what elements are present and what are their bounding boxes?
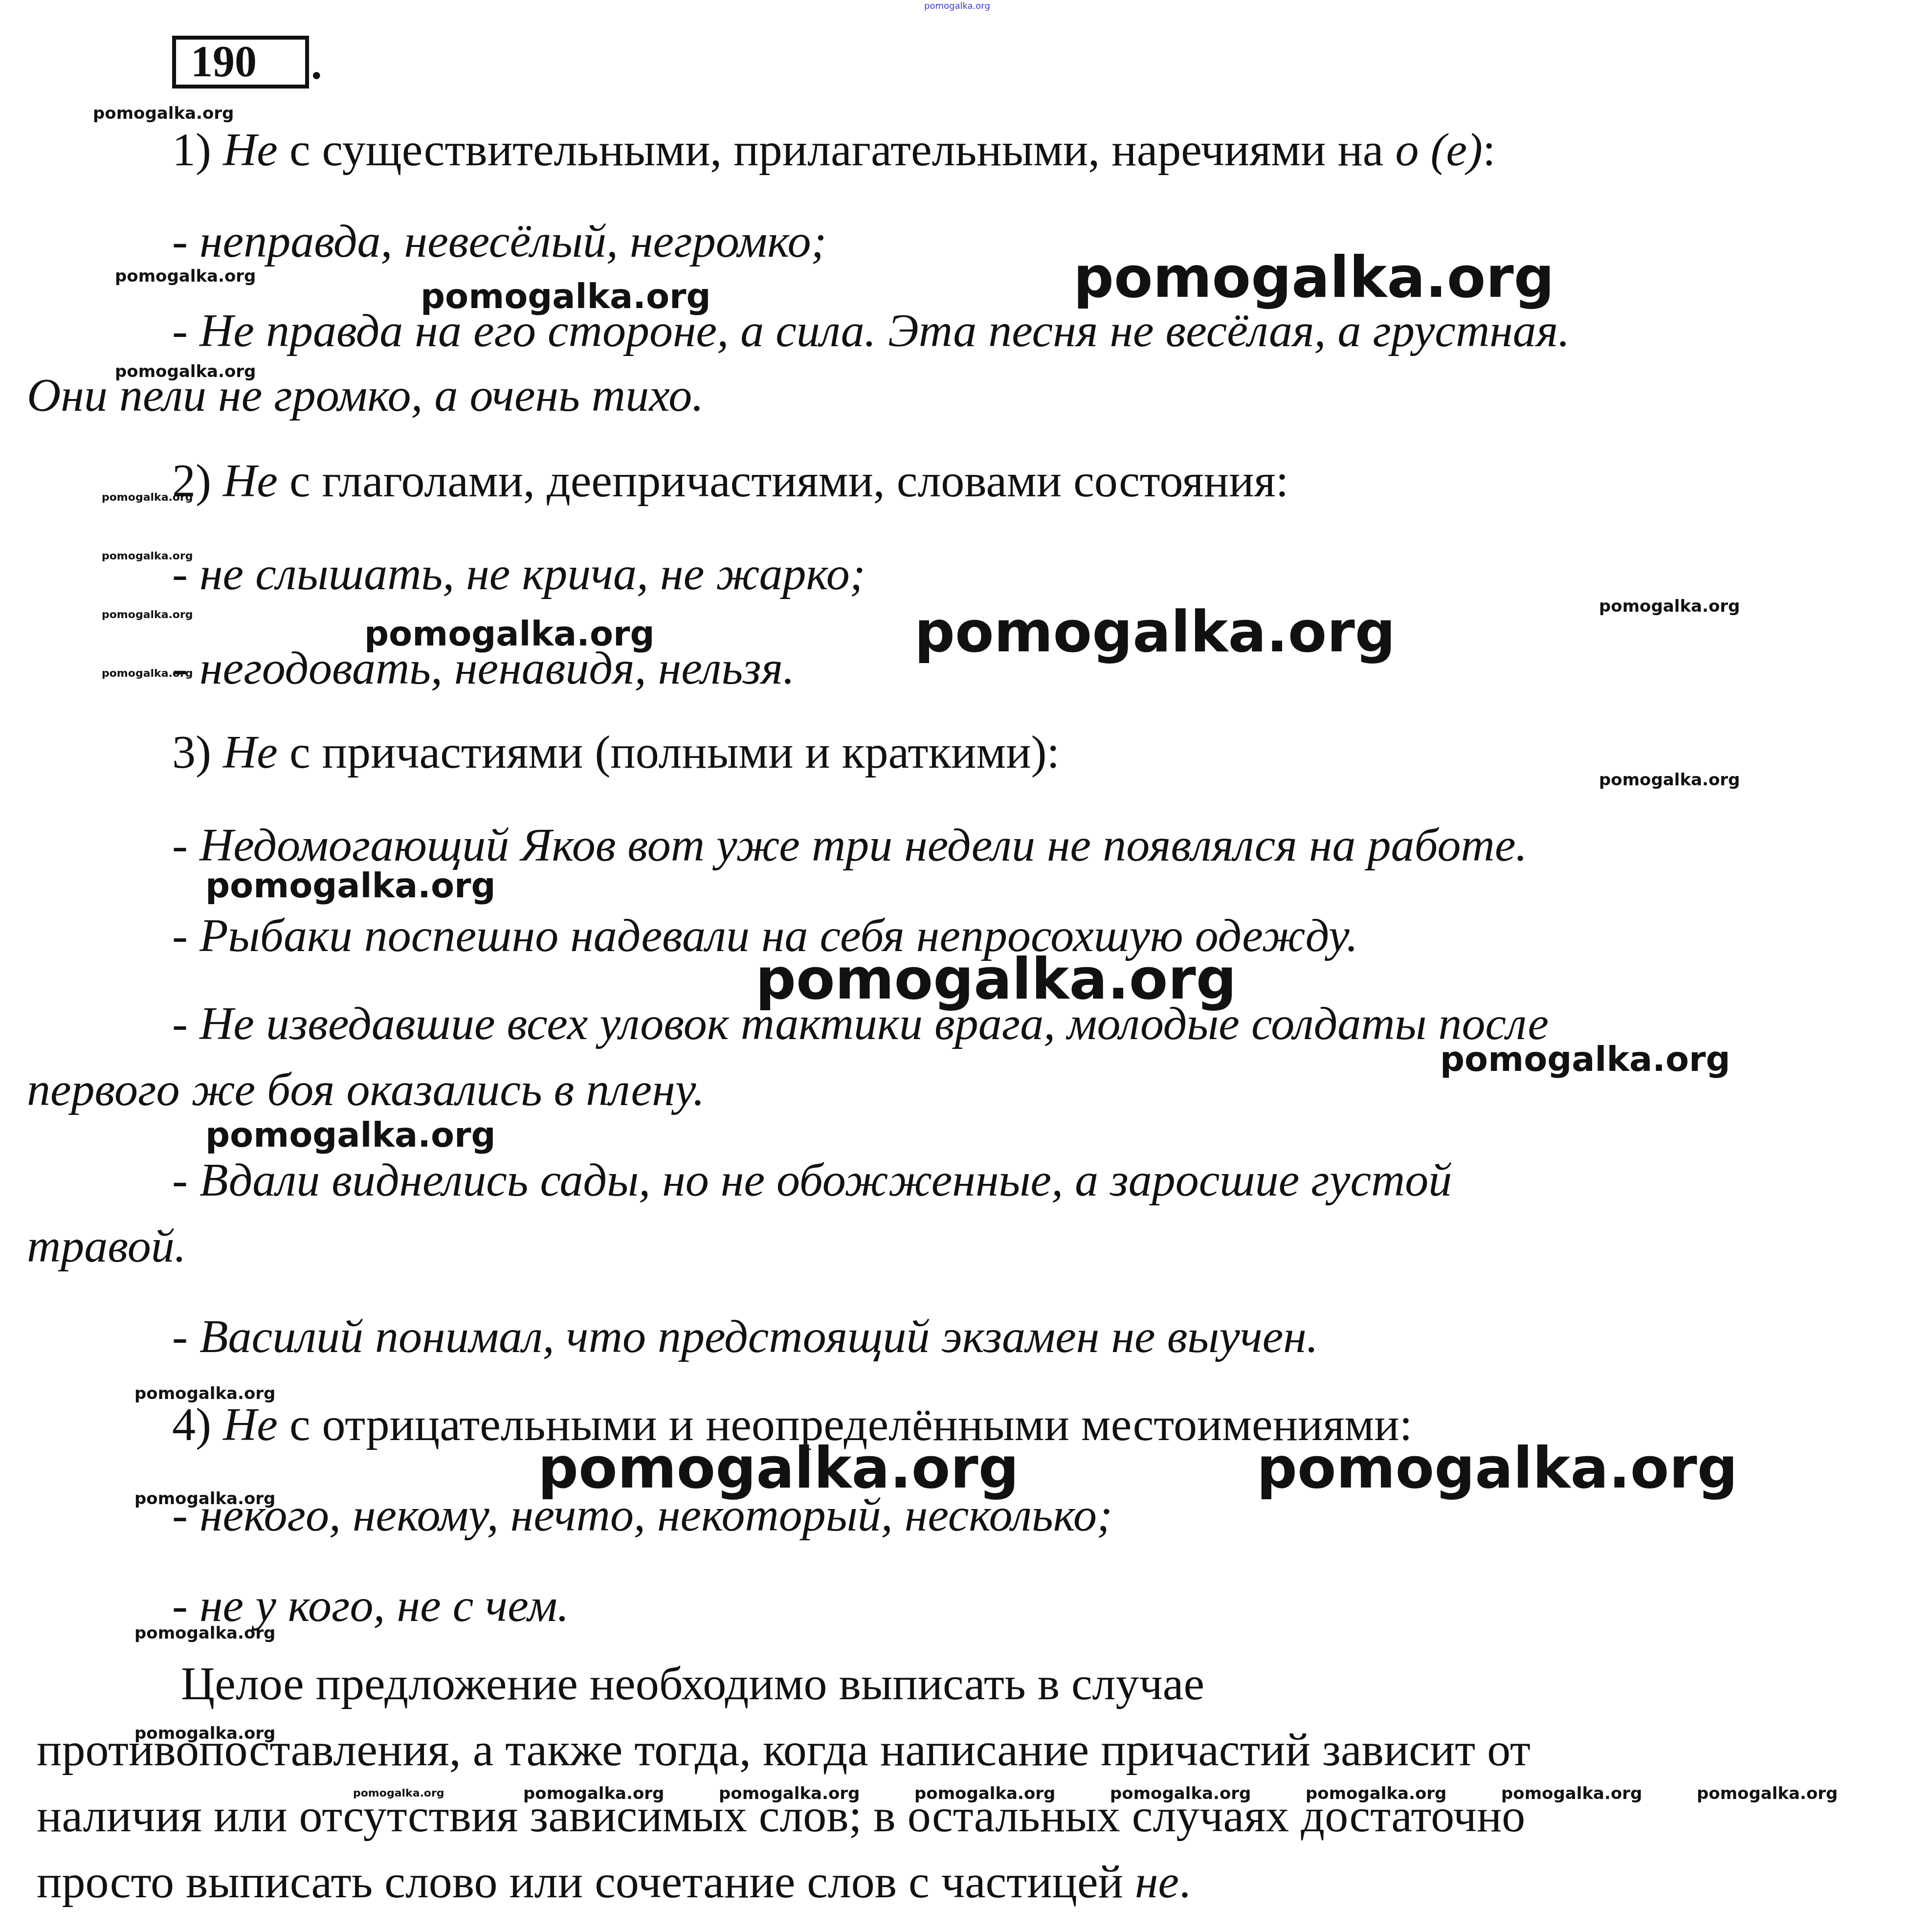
watermark: pomogalka.org <box>134 1724 275 1743</box>
watermark: pomogalka.org <box>205 866 496 906</box>
example-line: первого же боя оказались в плену. <box>27 1066 705 1113</box>
watermark: pomogalka.org <box>134 1384 275 1403</box>
watermark: pomogalka.org <box>719 1784 860 1803</box>
watermark: pomogalka.org <box>1501 1784 1642 1803</box>
watermark: pomogalka.org <box>1599 597 1740 616</box>
watermark: pomogalka.org <box>914 599 1396 665</box>
watermark: pomogalka.org <box>924 1 990 11</box>
example-line: - Вдали виднелись сады, но не обожженные… <box>172 1156 1452 1203</box>
heading-ne: Не <box>223 726 278 778</box>
heading-end: : <box>1483 123 1496 176</box>
section-3-heading: 3) Не с причастиями (полными и краткими)… <box>172 729 1060 776</box>
watermark: pomogalka.org <box>1697 1784 1838 1803</box>
heading-number: 3) <box>172 726 223 778</box>
example-line: - не слышать, не крича, не жарко; <box>172 550 865 597</box>
watermark: pomogalka.org <box>1599 770 1740 790</box>
heading-ne: Не <box>223 1398 278 1450</box>
watermark: pomogalka.org <box>102 550 193 562</box>
heading-number: 1) <box>172 123 223 176</box>
section-1-heading: 1) Не с существительными, прилагательным… <box>172 126 1496 173</box>
heading-number: 4) <box>172 1398 223 1450</box>
section-2-heading: 2) Не с глаголами, деепричастиями, слова… <box>172 457 1288 504</box>
example-line: - Недомогающий Яков вот уже три недели н… <box>172 822 1527 868</box>
watermark: pomogalka.org <box>102 609 193 621</box>
conclusion-line: просто выписать слово или сочетание слов… <box>37 1858 1191 1905</box>
exercise-number: 190 <box>172 36 309 89</box>
watermark: pomogalka.org <box>1257 1435 1738 1501</box>
conclusion-text: просто выписать слово или сочетание слов… <box>37 1855 1135 1908</box>
heading-ne: Не <box>223 454 278 507</box>
example-line: - Василий понимал, что предстоящий экзам… <box>172 1313 1318 1360</box>
watermark: pomogalka.org <box>205 1115 496 1155</box>
watermark: pomogalka.org <box>755 946 1237 1012</box>
watermark: pomogalka.org <box>523 1784 664 1803</box>
watermark: pomogalka.org <box>421 276 711 316</box>
watermark: pomogalka.org <box>1110 1784 1251 1803</box>
watermark: pomogalka.org <box>93 104 234 123</box>
conclusion-end: . <box>1179 1855 1191 1908</box>
watermark: pomogalka.org <box>364 614 655 654</box>
watermark: pomogalka.org <box>134 1623 275 1643</box>
example-line: - Не правда на его стороне, а сила. Эта … <box>172 307 1570 354</box>
watermark: pomogalka.org <box>134 1489 275 1509</box>
watermark: pomogalka.org <box>115 266 256 286</box>
example-line: травой. <box>27 1222 186 1269</box>
watermark: pomogalka.org <box>914 1784 1055 1803</box>
watermark: pomogalka.org <box>538 1435 1019 1501</box>
heading-text: с глаголами, деепричастиями, словами сос… <box>278 454 1288 507</box>
heading-italic-tail: о (е) <box>1395 123 1483 176</box>
exercise-number-dot: . <box>311 39 322 89</box>
watermark: pomogalka.org <box>102 491 193 504</box>
watermark: pomogalka.org <box>115 362 256 381</box>
watermark: pomogalka.org <box>353 1787 444 1799</box>
example-line: - неправда, невесёлый, негромко; <box>172 218 826 265</box>
example-line: - не у кого, не с чем. <box>172 1582 569 1629</box>
watermark: pomogalka.org <box>1073 244 1554 311</box>
heading-text: с существительными, прилагательными, нар… <box>278 123 1396 176</box>
heading-text: с причастиями (полными и краткими): <box>278 726 1060 778</box>
heading-ne: Не <box>223 123 278 176</box>
conclusion-italic: не <box>1135 1855 1179 1908</box>
watermark: pomogalka.org <box>1306 1784 1446 1803</box>
conclusion-line: Целое предложение необходимо выписать в … <box>181 1660 1204 1707</box>
watermark: pomogalka.org <box>1440 1039 1731 1079</box>
watermark: pomogalka.org <box>102 667 193 680</box>
